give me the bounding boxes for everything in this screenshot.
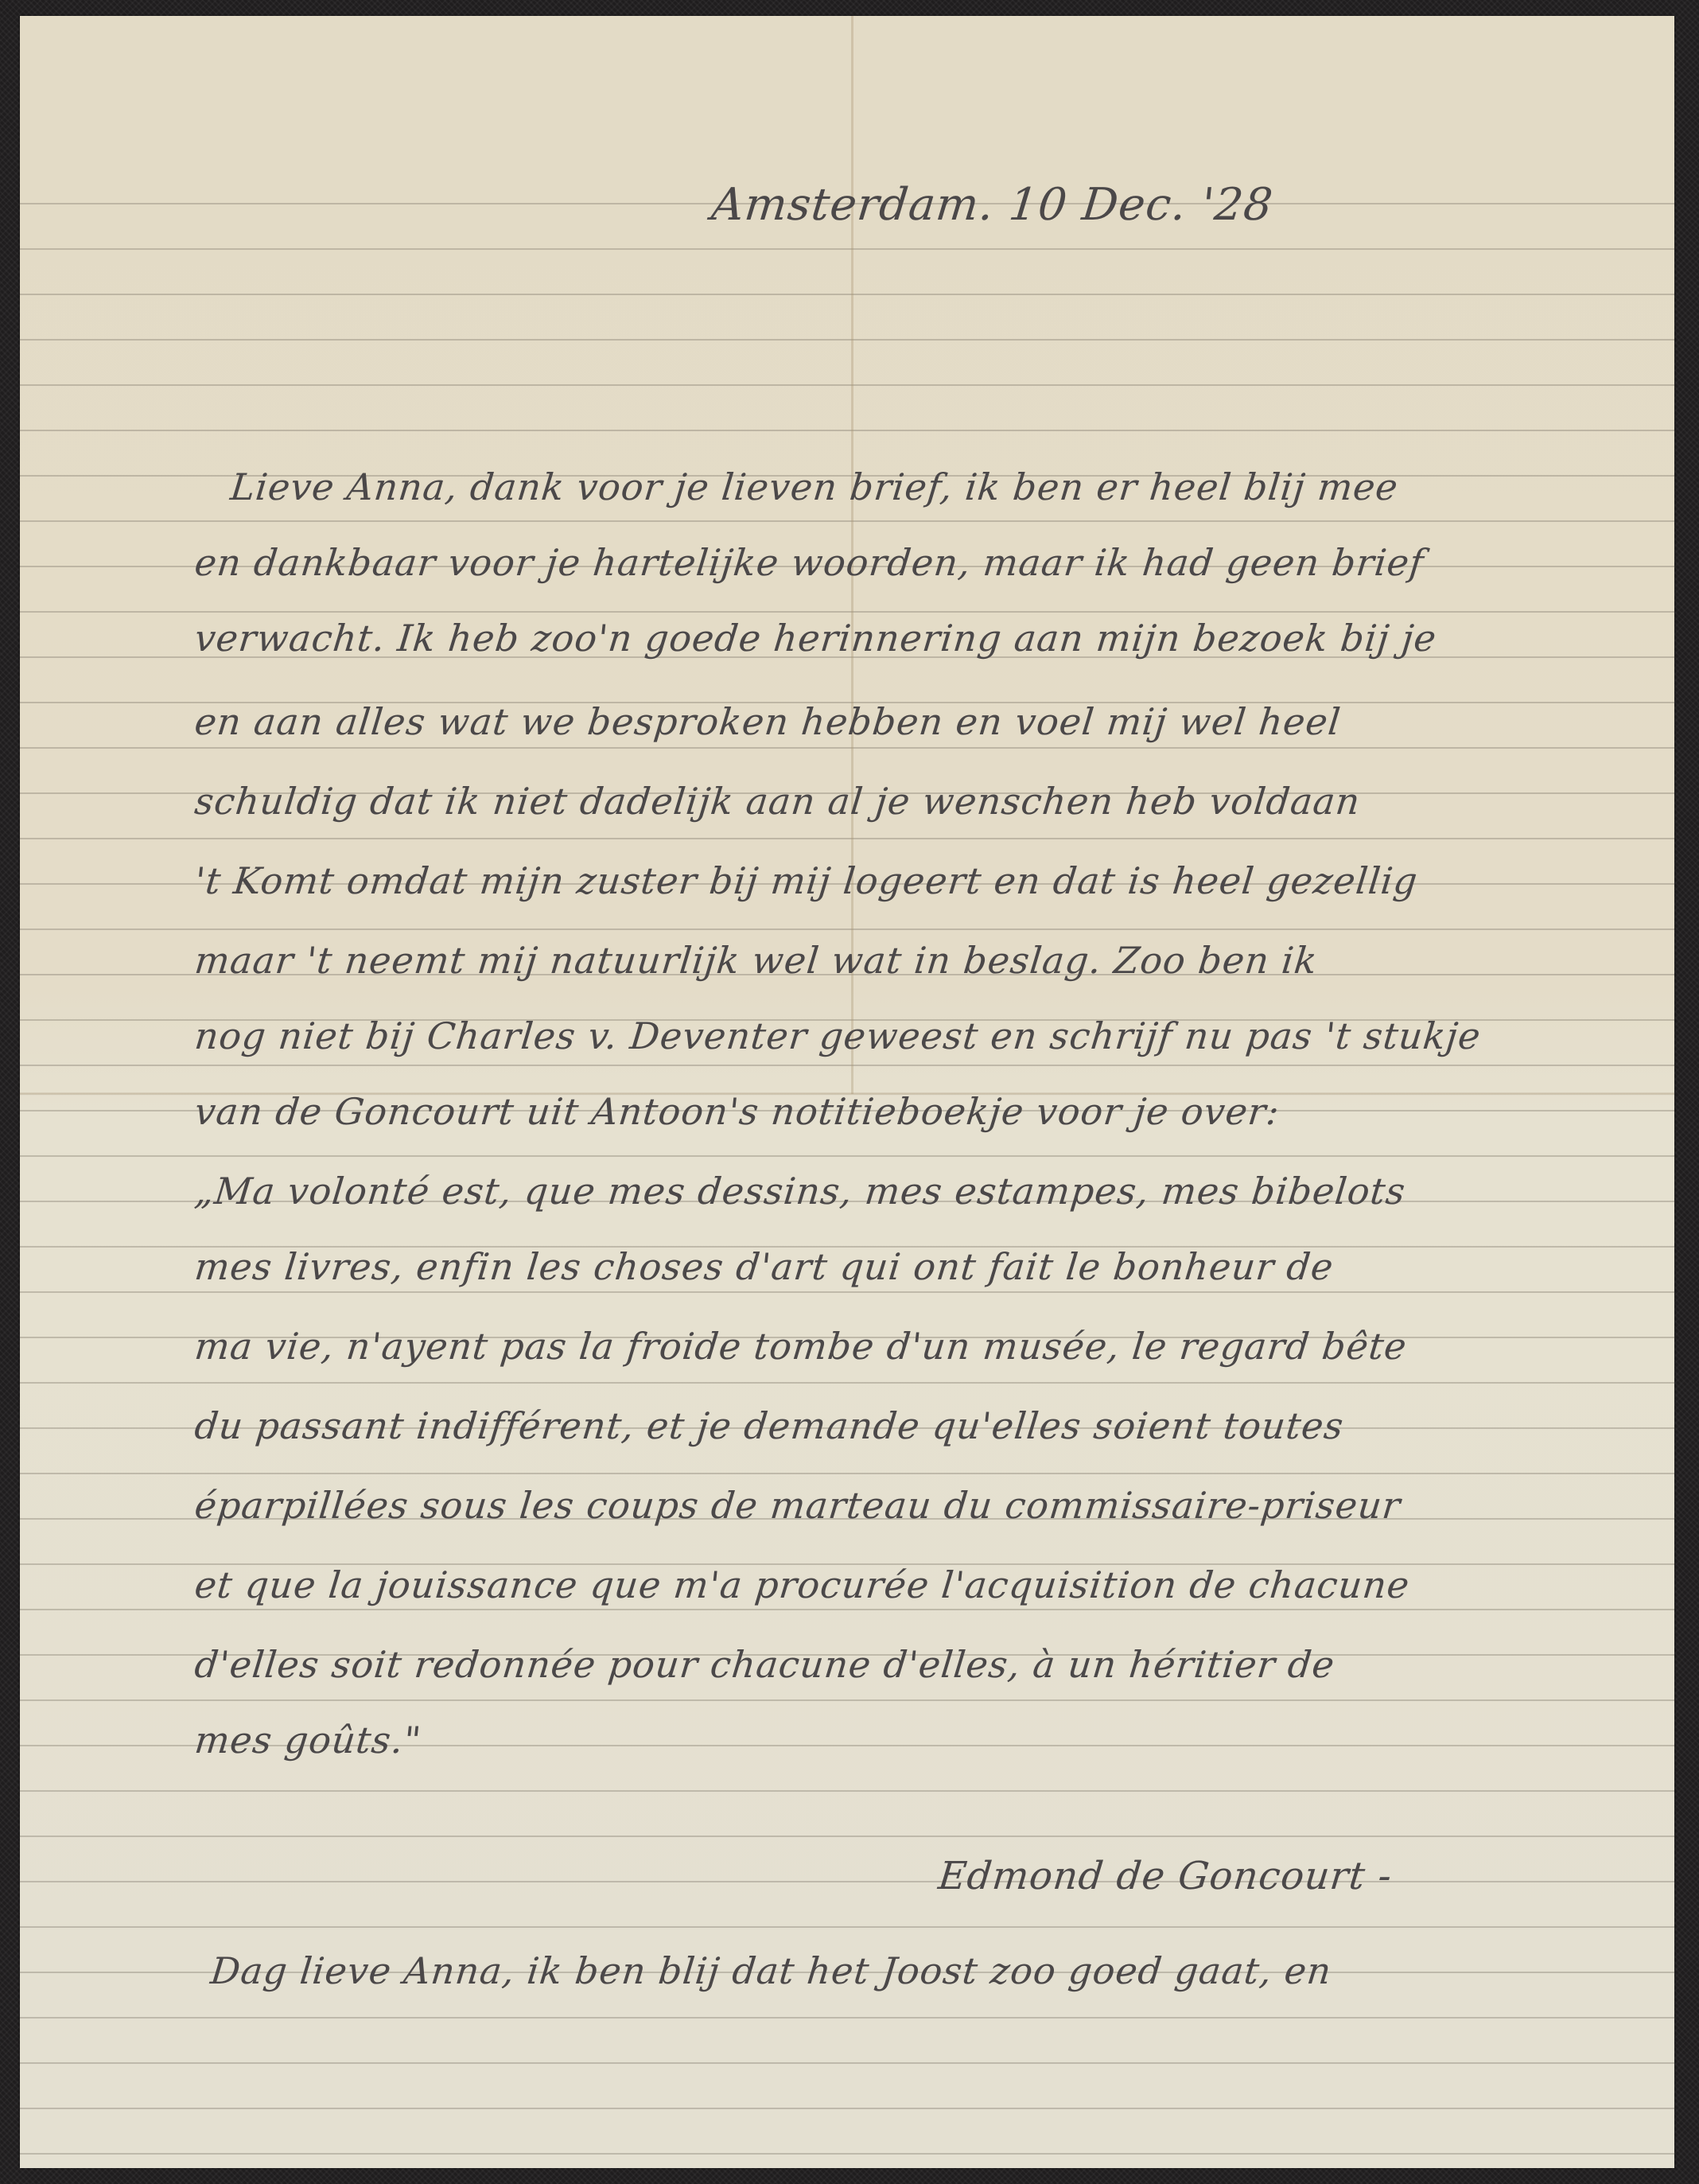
letter-line: van de Goncourt uit Antoon's notitieboek… [192, 1090, 1281, 1133]
letter-line: en dankbaar voor je hartelijke woorden, … [192, 541, 1426, 584]
letter-line: Lieve Anna, dank voor je lieven brief, i… [228, 465, 1401, 508]
quote-line: d'elles soit redonnée pour chacune d'ell… [192, 1643, 1337, 1686]
quote-attribution: Edmond de Goncourt - [936, 1854, 1394, 1898]
quote-line: éparpillées sous les coups de marteau du… [192, 1484, 1403, 1527]
quote-line: du passant indifférent, et je demande qu… [192, 1404, 1346, 1447]
closing-line: Dag lieve Anna, ik ben blij dat het Joos… [208, 1949, 1334, 1992]
letter-line: en aan alles wat we besproken hebben en … [192, 700, 1343, 743]
letter-line: maar 't neemt mij natuurlijk wel wat in … [192, 939, 1320, 982]
quote-line: „Ma volonté est, que mes dessins, mes es… [192, 1170, 1408, 1213]
letter-line: 't Komt omdat mijn zuster bij mij logeer… [192, 859, 1420, 902]
quote-line: mes goûts." [192, 1719, 423, 1762]
quote-line: et que la jouissance que m'a procurée l'… [192, 1563, 1412, 1606]
dateline: Amsterdam. 10 Dec. '28 [710, 179, 1276, 231]
letter-page: Amsterdam. 10 Dec. '28 Lieve Anna, dank … [20, 16, 1674, 2168]
letter-line: nog niet bij Charles v. Deventer geweest… [192, 1014, 1483, 1057]
quote-line: mes livres, enfin les choses d'art qui o… [192, 1245, 1335, 1288]
quote-line: ma vie, n'ayent pas la froide tombe d'un… [192, 1325, 1409, 1368]
letter-line: schuldig dat ik niet dadelijk aan al je … [192, 780, 1363, 823]
letter-line: verwacht. Ik heb zoo'n goede herinnering… [192, 617, 1439, 660]
